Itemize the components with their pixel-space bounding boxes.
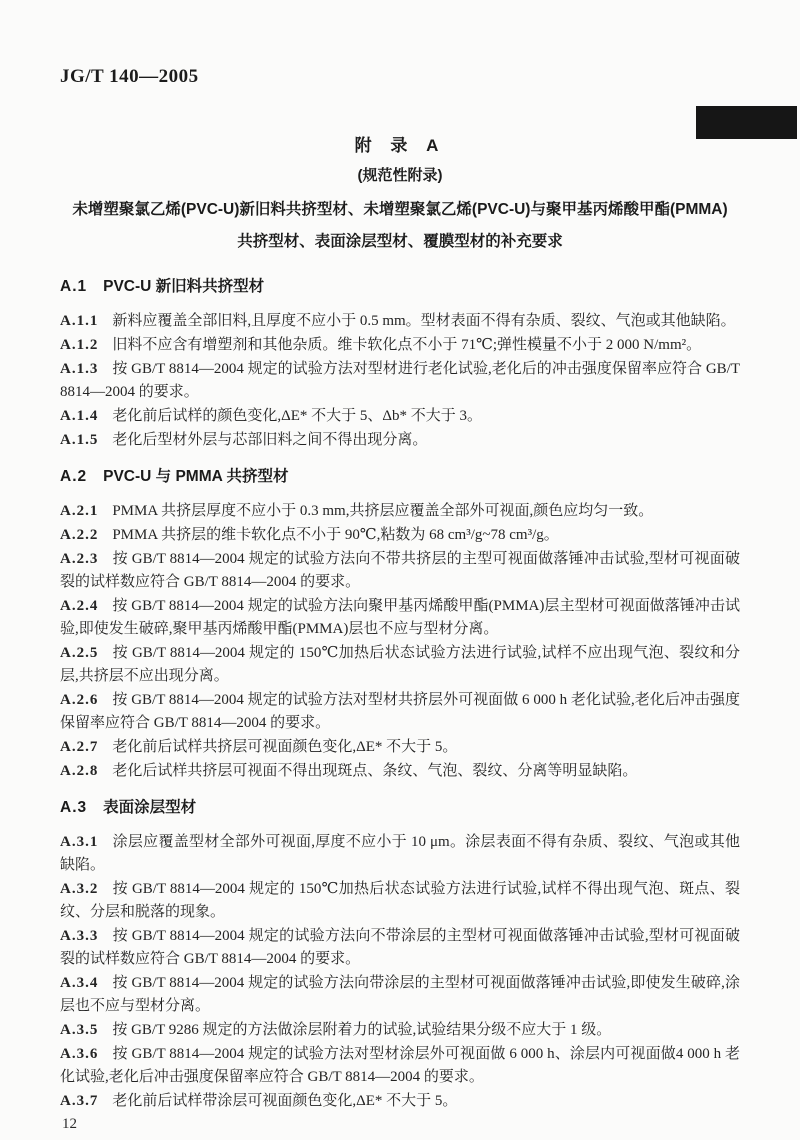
section-A.1: A.1PVC-U 新旧料共挤型材A.1.1新料应覆盖全部旧料,且厚度不应小于 0… (60, 275, 740, 452)
clause-text: 老化前后试样带涂层可视面颜色变化,ΔE* 不大于 5。 (112, 1093, 457, 1109)
clause-text: 按 GB/T 8814—2004 规定的 150℃加热后状态试验方法进行试验,试… (60, 645, 740, 684)
section-heading: A.3表面涂层型材 (60, 796, 740, 819)
clause-A.3.6: A.3.6按 GB/T 8814—2004 规定的试验方法对型材涂层外可视面做 … (60, 1043, 740, 1089)
clause-text: 按 GB/T 9286 规定的方法做涂层附着力的试验,试验结果分级不应大于 1 … (112, 1022, 611, 1038)
clause-number: A.2.7 (60, 739, 98, 755)
clause-text: 老化后试样共挤层可视面不得出现斑点、条纹、气泡、裂纹、分离等明显缺陷。 (112, 763, 637, 779)
clause-text: 按 GB/T 8814—2004 规定的 150℃加热后状态试验方法进行试验,试… (60, 881, 740, 920)
clause-text: 按 GB/T 8814—2004 规定的试验方法对型材涂层外可视面做 6 000… (60, 1046, 740, 1085)
clause-text: PMMA 共挤层的维卡软化点不小于 90℃,粘数为 68 cm³/g~78 cm… (112, 527, 558, 543)
clause-number: A.1.3 (60, 361, 98, 377)
annex-title-line2: 共挤型材、表面涂层型材、覆膜型材的补充要求 (60, 226, 740, 258)
clause-text: 老化后型材外层与芯部旧料之间不得出现分离。 (112, 432, 427, 448)
section-number: A.1 (60, 278, 87, 295)
section-title: 表面涂层型材 (103, 799, 196, 816)
clause-A.2.7: A.2.7老化前后试样共挤层可视面颜色变化,ΔE* 不大于 5。 (60, 736, 740, 759)
clause-number: A.3.3 (60, 928, 98, 944)
clause-text: 涂层应覆盖型材全部外可视面,厚度不应小于 10 μm。涂层表面不得有杂质、裂纹、… (60, 834, 740, 873)
clause-number: A.3.1 (60, 834, 98, 850)
clause-number: A.2.6 (60, 692, 98, 708)
section-heading: A.2PVC-U 与 PMMA 共挤型材 (60, 465, 740, 488)
clause-number: A.2.5 (60, 645, 98, 661)
clause-A.3.5: A.3.5按 GB/T 9286 规定的方法做涂层附着力的试验,试验结果分级不应… (60, 1019, 740, 1042)
clause-number: A.1.5 (60, 432, 98, 448)
clause-A.2.2: A.2.2PMMA 共挤层的维卡软化点不小于 90℃,粘数为 68 cm³/g~… (60, 524, 740, 547)
section-title: PVC-U 新旧料共挤型材 (103, 278, 264, 295)
section-A.3: A.3表面涂层型材A.3.1涂层应覆盖型材全部外可视面,厚度不应小于 10 μm… (60, 796, 740, 1113)
clause-text: PMMA 共挤层厚度不应小于 0.3 mm,共挤层应覆盖全部外可视面,颜色应均匀… (112, 503, 653, 519)
annex-type-note: (规范性附录) (60, 164, 740, 185)
clause-number: A.3.2 (60, 881, 98, 897)
clause-text: 按 GB/T 8814—2004 规定的试验方法向不带共挤层的主型可视面做落锤冲… (60, 551, 740, 590)
standard-code: JG/T 140—2005 (60, 66, 740, 88)
clause-A.2.6: A.2.6按 GB/T 8814—2004 规定的试验方法对型材共挤层外可视面做… (60, 689, 740, 735)
section-A.2: A.2PVC-U 与 PMMA 共挤型材A.2.1PMMA 共挤层厚度不应小于 … (60, 465, 740, 783)
clause-A.3.4: A.3.4按 GB/T 8814—2004 规定的试验方法向带涂层的主型材可视面… (60, 972, 740, 1018)
clause-A.2.8: A.2.8老化后试样共挤层可视面不得出现斑点、条纹、气泡、裂纹、分离等明显缺陷。 (60, 760, 740, 783)
section-heading: A.1PVC-U 新旧料共挤型材 (60, 275, 740, 298)
clause-A.2.1: A.2.1PMMA 共挤层厚度不应小于 0.3 mm,共挤层应覆盖全部外可视面,… (60, 500, 740, 523)
clause-number: A.2.8 (60, 763, 98, 779)
clause-text: 按 GB/T 8814—2004 规定的试验方法向不带涂层的主型材可视面做落锤冲… (60, 928, 740, 967)
section-title: PVC-U 与 PMMA 共挤型材 (103, 468, 288, 485)
clause-number: A.3.5 (60, 1022, 98, 1038)
clause-text: 老化前后试样共挤层可视面颜色变化,ΔE* 不大于 5。 (112, 739, 457, 755)
clause-number: A.1.2 (60, 337, 98, 353)
clause-A.1.1: A.1.1新料应覆盖全部旧料,且厚度不应小于 0.5 mm。型材表面不得有杂质、… (60, 310, 740, 333)
annex-body: A.1PVC-U 新旧料共挤型材A.1.1新料应覆盖全部旧料,且厚度不应小于 0… (60, 275, 740, 1113)
annex-title: 未增塑聚氯乙烯(PVC-U)新旧料共挤型材、未增塑聚氯乙烯(PVC-U)与聚甲基… (60, 194, 740, 258)
clause-A.2.5: A.2.5按 GB/T 8814—2004 规定的 150℃加热后状态试验方法进… (60, 642, 740, 688)
scan-artifact-mark (696, 106, 797, 139)
clause-text: 按 GB/T 8814—2004 规定的试验方法对型材共挤层外可视面做 6 00… (60, 692, 740, 731)
clause-number: A.1.1 (60, 313, 98, 329)
section-number: A.3 (60, 799, 87, 816)
clause-number: A.3.4 (60, 975, 98, 991)
annex-label: 附 录 A (60, 131, 740, 156)
clause-A.3.3: A.3.3按 GB/T 8814—2004 规定的试验方法向不带涂层的主型材可视… (60, 925, 740, 971)
clause-A.1.3: A.1.3按 GB/T 8814—2004 规定的试验方法对型材进行老化试验,老… (60, 358, 740, 404)
clause-text: 按 GB/T 8814—2004 规定的试验方法对型材进行老化试验,老化后的冲击… (60, 361, 740, 400)
clause-A.1.2: A.1.2旧料不应含有增塑剂和其他杂质。维卡软化点不小于 71℃;弹性模量不小于… (60, 334, 740, 357)
clause-number: A.3.7 (60, 1093, 98, 1109)
clause-A.1.5: A.1.5老化后型材外层与芯部旧料之间不得出现分离。 (60, 429, 740, 452)
clause-number: A.2.2 (60, 527, 98, 543)
clause-text: 按 GB/T 8814—2004 规定的试验方法向聚甲基丙烯酸甲酯(PMMA)层… (60, 598, 740, 637)
document-page: JG/T 140—2005 附 录 A (规范性附录) 未增塑聚氯乙烯(PVC-… (0, 0, 800, 1140)
clause-A.2.4: A.2.4按 GB/T 8814—2004 规定的试验方法向聚甲基丙烯酸甲酯(P… (60, 595, 740, 641)
clause-text: 按 GB/T 8814—2004 规定的试验方法向带涂层的主型材可视面做落锤冲击… (60, 975, 740, 1014)
clause-A.3.7: A.3.7老化前后试样带涂层可视面颜色变化,ΔE* 不大于 5。 (60, 1090, 740, 1113)
clause-A.3.2: A.3.2按 GB/T 8814—2004 规定的 150℃加热后状态试验方法进… (60, 878, 740, 924)
clause-A.2.3: A.2.3按 GB/T 8814—2004 规定的试验方法向不带共挤层的主型可视… (60, 548, 740, 594)
clause-number: A.2.4 (60, 598, 98, 614)
clause-number: A.3.6 (60, 1046, 98, 1062)
annex-title-line1: 未增塑聚氯乙烯(PVC-U)新旧料共挤型材、未增塑聚氯乙烯(PVC-U)与聚甲基… (60, 194, 740, 226)
clause-number: A.1.4 (60, 408, 98, 424)
section-number: A.2 (60, 468, 87, 485)
clause-number: A.2.1 (60, 503, 98, 519)
clause-A.3.1: A.3.1涂层应覆盖型材全部外可视面,厚度不应小于 10 μm。涂层表面不得有杂… (60, 831, 740, 877)
clause-A.1.4: A.1.4老化前后试样的颜色变化,ΔE* 不大于 5、Δb* 不大于 3。 (60, 405, 740, 428)
clause-text: 老化前后试样的颜色变化,ΔE* 不大于 5、Δb* 不大于 3。 (112, 408, 482, 424)
page-number: 12 (60, 1116, 740, 1133)
clause-number: A.2.3 (60, 551, 98, 567)
clause-text: 新料应覆盖全部旧料,且厚度不应小于 0.5 mm。型材表面不得有杂质、裂纹、气泡… (112, 313, 735, 329)
clause-text: 旧料不应含有增塑剂和其他杂质。维卡软化点不小于 71℃;弹性模量不小于 2 00… (112, 337, 701, 353)
